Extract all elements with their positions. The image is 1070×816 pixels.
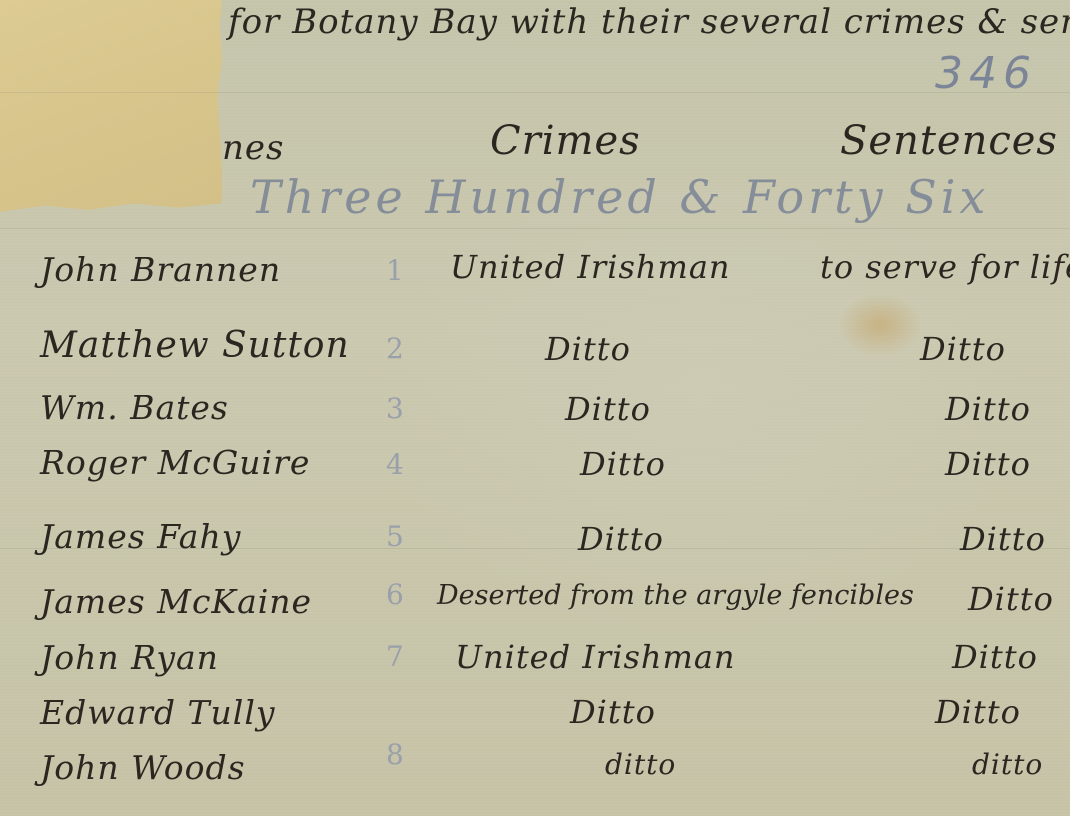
row-name: James Fahy: [40, 517, 241, 556]
row-name: Wm. Bates: [40, 388, 229, 427]
row-sentence: Ditto: [960, 520, 1046, 558]
sentences-column-header: Sentences: [840, 118, 1058, 164]
row-crime: Ditto: [565, 390, 651, 428]
pencil-overlay-annotation: Three Hundred & Forty Six: [250, 170, 989, 224]
row-name: Edward Tully: [40, 693, 276, 732]
row-number: 1: [386, 254, 404, 287]
row-crime: Ditto: [545, 330, 631, 368]
row-sentence: Ditto: [935, 693, 1021, 731]
row-sentence: Ditto: [945, 445, 1031, 483]
row-crime: United Irishman: [455, 638, 736, 676]
row-crime: Deserted from the argyle fencibles: [437, 580, 914, 611]
row-sentence: ditto: [972, 748, 1043, 781]
row-sentence: to serve for life: [820, 248, 1070, 286]
row-name: Roger McGuire: [40, 443, 310, 482]
names-column-header: nes: [222, 128, 284, 168]
row-number: 5: [386, 520, 404, 553]
row-crime: Ditto: [578, 520, 664, 558]
row-sentence: Ditto: [952, 638, 1038, 676]
row-number: 2: [386, 332, 404, 365]
folio-number: 346: [935, 48, 1037, 99]
paper-repair-patch: [0, 0, 222, 212]
row-number: 3: [386, 392, 404, 425]
row-name: John Ryan: [40, 638, 219, 677]
crimes-column-header: Crimes: [490, 118, 641, 164]
row-number: 7: [386, 640, 404, 673]
row-crime: Ditto: [570, 693, 656, 731]
row-sentence: Ditto: [968, 580, 1054, 618]
row-name: Matthew Sutton: [40, 325, 350, 366]
row-crime: ditto: [605, 748, 676, 781]
row-crime: Ditto: [580, 445, 666, 483]
ruled-line: [0, 92, 1070, 93]
row-sentence: Ditto: [920, 330, 1006, 368]
row-number: 6: [386, 578, 404, 611]
row-number: 4: [386, 448, 404, 481]
document-header-line: for Botany Bay with their several crimes…: [228, 2, 1070, 42]
row-name: James McKaine: [40, 582, 312, 621]
row-name: John Woods: [40, 748, 246, 787]
row-name: John Brannen: [40, 250, 281, 289]
ruled-line: [0, 228, 1070, 229]
row-crime: United Irishman: [450, 248, 731, 286]
row-number: 8: [386, 738, 404, 771]
row-sentence: Ditto: [945, 390, 1031, 428]
